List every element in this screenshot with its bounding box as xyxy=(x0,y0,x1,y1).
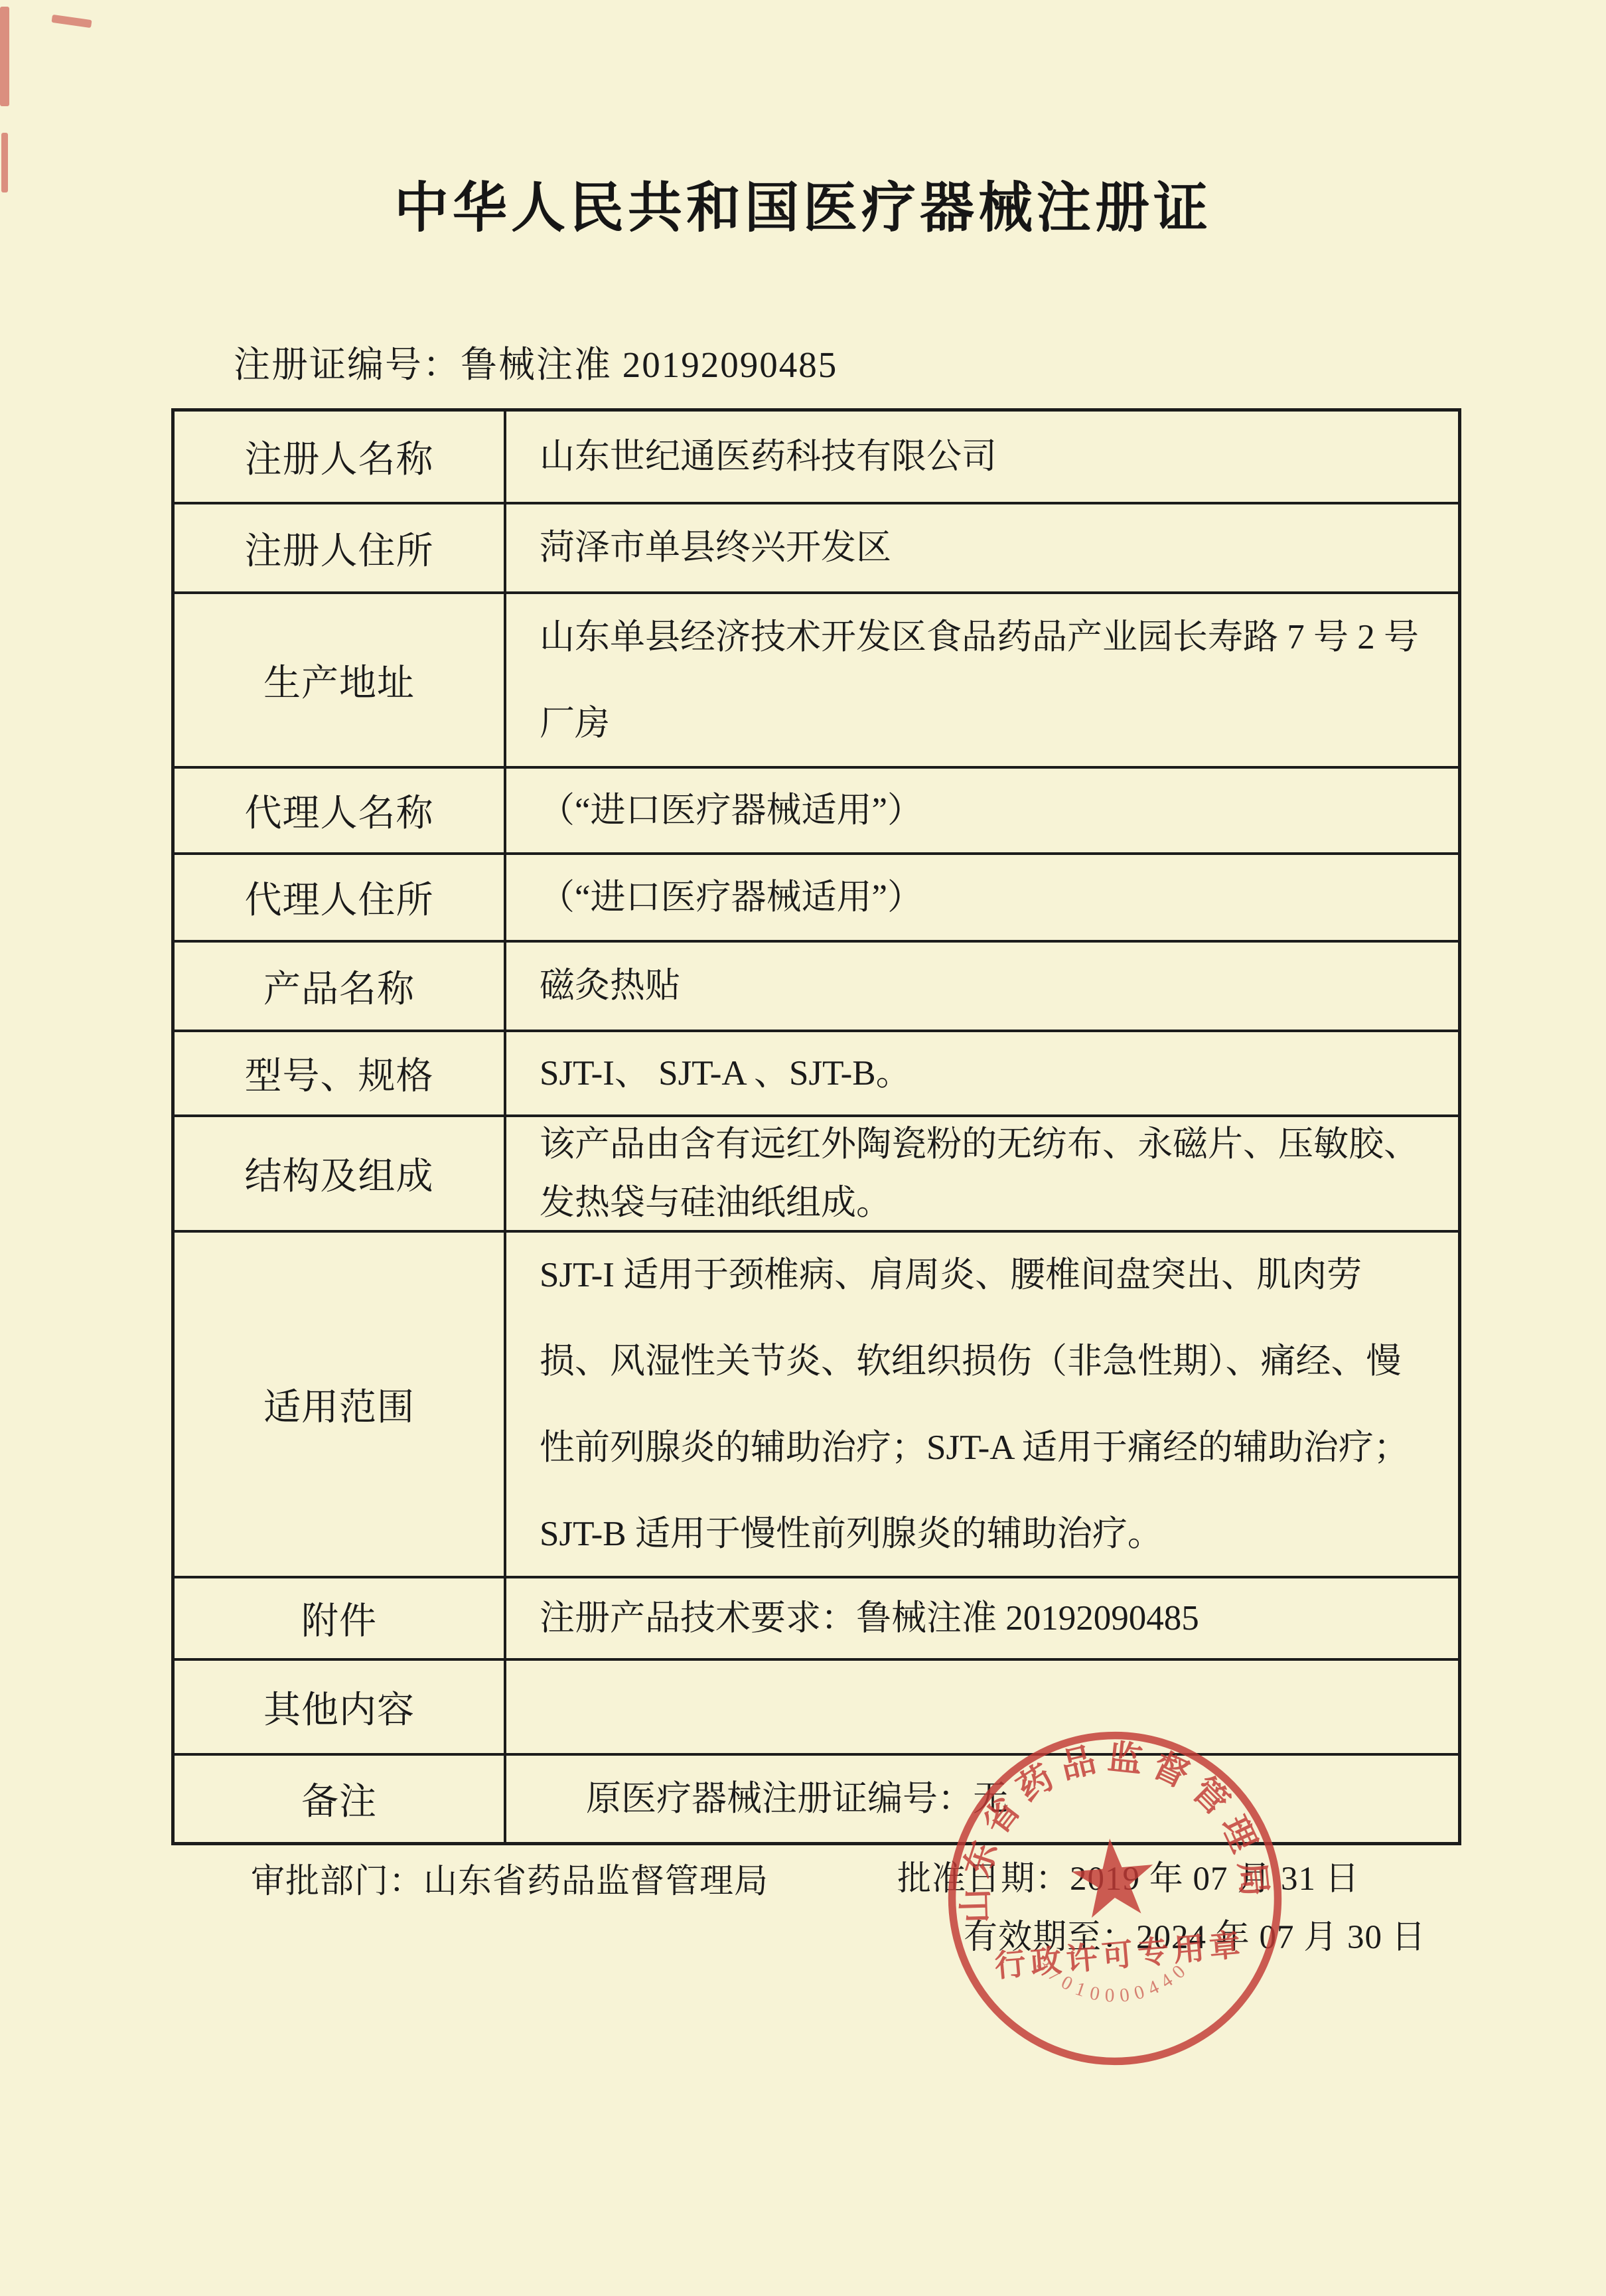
cert-number-line: 注册证编号：鲁械注准 20192090485 xyxy=(234,335,838,388)
row-label: 产品名称 xyxy=(175,943,506,1030)
row-label: 备注 xyxy=(175,1756,506,1842)
table-row-structure: 结构及组成 该产品由含有远红外陶瓷粉的无纺布、永磁片、压敏胶、发热袋与硅油纸组成… xyxy=(175,1117,1458,1233)
row-label: 结构及组成 xyxy=(175,1117,506,1230)
row-value: （“进口医疗器械适用”） xyxy=(506,769,1458,852)
certificate-page: 中华人民共和国医疗器械注册证 注册证编号：鲁械注准 20192090485 注册… xyxy=(0,0,1606,2296)
approval-date-value: 2019 年 07 月 31 日 xyxy=(1070,1861,1360,1898)
row-label: 注册人住所 xyxy=(175,504,506,591)
valid-until-value: 2024 年 07 月 30 日 xyxy=(1136,1919,1426,1956)
row-value: SJT-I 适用于颈椎病、肩周炎、腰椎间盘突出、肌肉劳损、风湿性关节炎、软组织损… xyxy=(506,1233,1458,1576)
row-value: 山东世纪通医药科技有限公司 xyxy=(506,412,1458,502)
row-label: 其他内容 xyxy=(175,1661,506,1753)
valid-until-label: 有效期至： xyxy=(964,1919,1136,1956)
row-value: 该产品由含有远红外陶瓷粉的无纺布、永磁片、压敏胶、发热袋与硅油纸组成。 xyxy=(506,1117,1458,1230)
table-row-production-address: 生产地址 山东单县经济技术开发区食品药品产业园长寿路 7 号 2 号厂房 xyxy=(175,594,1458,769)
cert-number-label: 注册证编号： xyxy=(234,344,461,385)
table-row-product-name: 产品名称 磁灸热贴 xyxy=(175,943,1458,1032)
approval-department-label: 审批部门： xyxy=(251,1863,423,1900)
page-title: 中华人民共和国医疗器械注册证 xyxy=(0,165,1606,242)
approval-date-label: 批准日期： xyxy=(897,1861,1070,1898)
row-value: 菏泽市单县终兴开发区 xyxy=(506,504,1458,591)
valid-until-date: 有效期至：2024 年 07 月 30 日 xyxy=(964,1909,1426,1958)
table-row-other: 其他内容 xyxy=(175,1661,1458,1756)
cert-number-value: 鲁械注准 20192090485 xyxy=(461,344,838,385)
row-label: 代理人住所 xyxy=(175,855,506,940)
row-value: 磁灸热贴 xyxy=(506,943,1458,1030)
approval-department: 审批部门：山东省药品监督管理局 xyxy=(251,1853,768,1902)
row-value: 原医疗器械注册证编号：无 xyxy=(506,1756,1458,1842)
table-row-remark: 备注 原医疗器械注册证编号：无 xyxy=(175,1756,1458,1842)
table-row-model-spec: 型号、规格 SJT-I、 SJT-A 、SJT-B。 xyxy=(175,1032,1458,1117)
row-label: 生产地址 xyxy=(175,594,506,766)
row-value: SJT-I、 SJT-A 、SJT-B。 xyxy=(506,1032,1458,1114)
row-label: 注册人名称 xyxy=(175,412,506,502)
table-row-agent-name: 代理人名称 （“进口医疗器械适用”） xyxy=(175,769,1458,855)
scan-artifact xyxy=(0,7,9,106)
row-label: 附件 xyxy=(175,1578,506,1658)
scan-artifact xyxy=(51,15,92,28)
table-row-attachment: 附件 注册产品技术要求：鲁械注准 20192090485 xyxy=(175,1578,1458,1661)
row-label: 代理人名称 xyxy=(175,769,506,852)
row-value: 注册产品技术要求：鲁械注准 20192090485 xyxy=(506,1578,1458,1658)
approval-department-value: 山东省药品监督管理局 xyxy=(423,1863,768,1900)
row-label: 型号、规格 xyxy=(175,1032,506,1114)
approval-date: 批准日期：2019 年 07 月 31 日 xyxy=(897,1851,1360,1900)
row-value: （“进口医疗器械适用”） xyxy=(506,855,1458,940)
row-label: 适用范围 xyxy=(175,1233,506,1576)
row-value: 山东单县经济技术开发区食品药品产业园长寿路 7 号 2 号厂房 xyxy=(506,594,1458,766)
table-row-registrant-name: 注册人名称 山东世纪通医药科技有限公司 xyxy=(175,412,1458,504)
table-row-agent-address: 代理人住所 （“进口医疗器械适用”） xyxy=(175,855,1458,943)
registration-table: 注册人名称 山东世纪通医药科技有限公司 注册人住所 菏泽市单县终兴开发区 生产地… xyxy=(171,408,1461,1845)
table-row-scope: 适用范围 SJT-I 适用于颈椎病、肩周炎、腰椎间盘突出、肌肉劳损、风湿性关节炎… xyxy=(175,1233,1458,1578)
table-row-registrant-address: 注册人住所 菏泽市单县终兴开发区 xyxy=(175,504,1458,594)
row-value xyxy=(506,1661,1458,1753)
